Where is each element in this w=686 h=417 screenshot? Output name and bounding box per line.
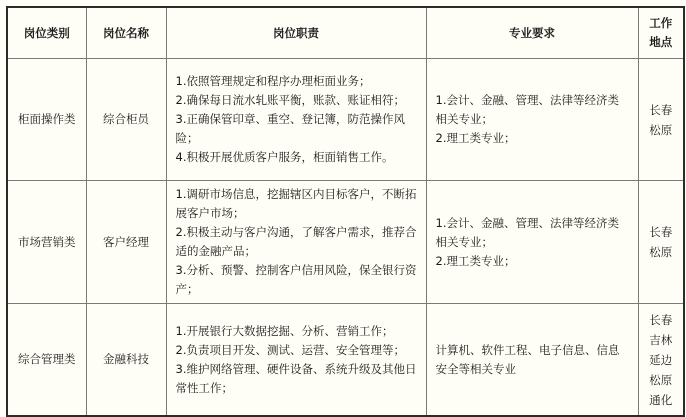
duty-item: 3.维护网络管理、硬件设备、系统升级及其他日常性工作；: [176, 360, 418, 398]
cell-position: 客户经理: [86, 181, 166, 304]
cell-requirements: 1.会计、金融、管理、法律等经济类相关专业； 2.理工类专业；: [426, 181, 638, 304]
header-requirements: 专业要求: [426, 7, 638, 59]
requirement-item: 2.理工类专业；: [436, 252, 630, 271]
duty-item: 2.负责项目开发、测试、运营、安全管理等；: [176, 341, 418, 360]
cell-duties: 1.依照管理规定和程序办理柜面业务； 2.确保每日流水轧账平衡，账款、账证相符；…: [166, 59, 426, 181]
header-location-line: 地点: [643, 33, 680, 52]
location-item: 松原: [641, 242, 682, 262]
cell-category: 柜面操作类: [7, 59, 86, 181]
requirement-item: 1.会计、金融、管理、法律等经济类相关专业；: [436, 214, 630, 252]
header-location: 工作 地点: [638, 7, 684, 59]
job-table-container: 岗位类别 岗位名称 岗位职责 专业要求 工作 地点 柜面操作类 综合柜员 1.依…: [6, 6, 685, 415]
duty-item: 4.积极开展优质客户服务，柜面销售工作。: [176, 148, 418, 167]
duty-item: 1.调研市场信息，挖掘辖区内目标客户，不断拓展客户市场；: [176, 185, 418, 223]
requirement-item: 1.会计、金融、管理、法律等经济类相关专业；: [436, 91, 630, 129]
location-item: 长春: [641, 100, 682, 120]
duty-item: 1.依照管理规定和程序办理柜面业务；: [176, 72, 418, 91]
requirement-item: 计算机、软件工程、电子信息、信息安全等相关专业: [436, 341, 630, 379]
cell-category: 综合管理类: [7, 304, 86, 416]
header-position: 岗位名称: [86, 7, 166, 59]
duty-item: 2.确保每日流水轧账平衡，账款、账证相符；: [176, 91, 418, 110]
location-item: 通化: [641, 390, 682, 410]
duty-item: 1.开展银行大数据挖掘、分析、营销工作；: [176, 322, 418, 341]
requirement-item: 2.理工类专业；: [436, 129, 630, 148]
location-item: 松原: [641, 370, 682, 390]
location-item: 长春: [641, 222, 682, 242]
cell-position: 金融科技: [86, 304, 166, 416]
duty-item: 3.分析、预警、控制客户信用风险，保全银行资产；: [176, 261, 418, 299]
cell-duties: 1.调研市场信息，挖掘辖区内目标客户，不断拓展客户市场； 2.积极主动与客户沟通…: [166, 181, 426, 304]
table-row: 市场营销类 客户经理 1.调研市场信息，挖掘辖区内目标客户，不断拓展客户市场； …: [7, 181, 684, 304]
location-item: 延边: [641, 350, 682, 370]
table-header-row: 岗位类别 岗位名称 岗位职责 专业要求 工作 地点: [7, 7, 684, 59]
cell-requirements: 1.会计、金融、管理、法律等经济类相关专业； 2.理工类专业；: [426, 59, 638, 181]
cell-duties: 1.开展银行大数据挖掘、分析、营销工作； 2.负责项目开发、测试、运营、安全管理…: [166, 304, 426, 416]
cell-requirements: 计算机、软件工程、电子信息、信息安全等相关专业: [426, 304, 638, 416]
duty-item: 3.正确保管印章、重空、登记簿，防范操作风险；: [176, 110, 418, 148]
header-duties: 岗位职责: [166, 7, 426, 59]
cell-locations: 长春 吉林 延边 松原 通化: [638, 304, 684, 416]
cell-position: 综合柜员: [86, 59, 166, 181]
location-item: 吉林: [641, 330, 682, 350]
header-location-line: 工作: [643, 14, 680, 33]
cell-locations: 长春 松原: [638, 59, 684, 181]
table-row: 综合管理类 金融科技 1.开展银行大数据挖掘、分析、营销工作； 2.负责项目开发…: [7, 304, 684, 416]
job-positions-table: 岗位类别 岗位名称 岗位职责 专业要求 工作 地点 柜面操作类 综合柜员 1.依…: [6, 6, 685, 415]
cell-category: 市场营销类: [7, 181, 86, 304]
location-item: 长春: [641, 310, 682, 330]
table-row: 柜面操作类 综合柜员 1.依照管理规定和程序办理柜面业务； 2.确保每日流水轧账…: [7, 59, 684, 181]
location-item: 松原: [641, 120, 682, 140]
header-category: 岗位类别: [7, 7, 86, 59]
cell-locations: 长春 松原: [638, 181, 684, 304]
duty-item: 2.积极主动与客户沟通，了解客户需求，推荐合适的金融产品；: [176, 223, 418, 261]
